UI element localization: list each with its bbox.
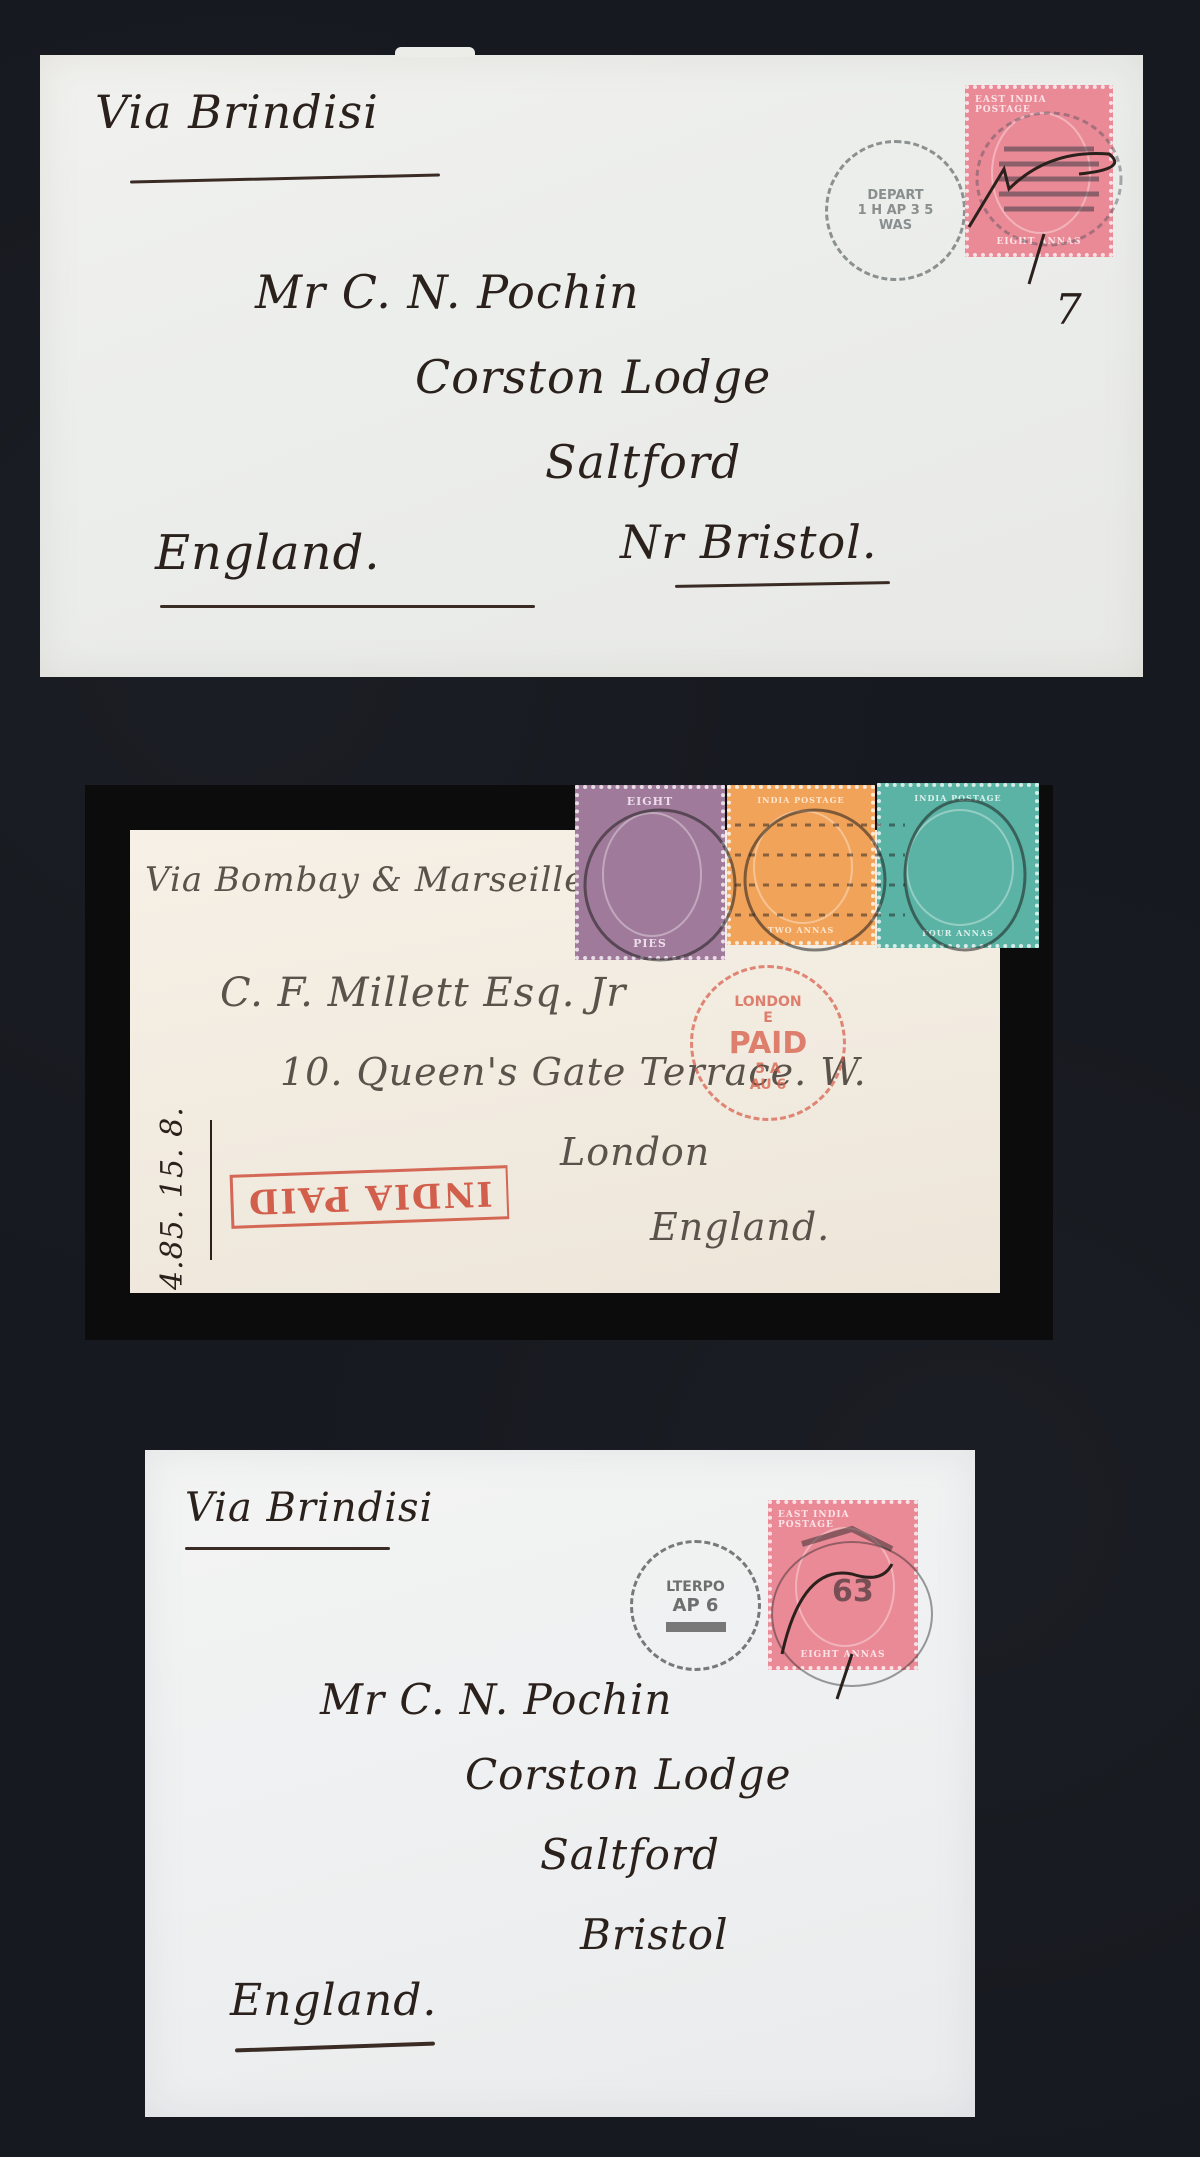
cover-3-address-line-2: Corston Lodge [465,1750,791,1799]
cover-1-address-line-4: Nr Bristol. [620,515,878,569]
cover-2-country: England. [650,1205,830,1249]
postmark-text-bottom: WAS [879,218,912,233]
country-underline [160,605,535,608]
cover-1-envelope: Via Brindisi Mr C. N. Pochin Corston Lod… [40,55,1143,677]
side-note-rule [210,1120,212,1260]
cover-1-manuscript-rate: 7 [1055,285,1083,334]
cover-2-addressee: C. F. Millett Esq. Jr [220,970,626,1016]
cover-2-side-note: 4.85. 15. 8. [155,1106,190,1290]
postmark-date: 1 H AP 3 5 [858,203,934,218]
postmark-text-top: DEPART [867,188,923,203]
india-paid-handstamp: INDIA PAID [229,1165,509,1229]
city-underline [675,581,890,588]
envelope-flap-tear [395,47,475,57]
cover-3-address-line-3: Saltford [540,1830,720,1879]
cover-1-route-note: Via Brindisi [95,85,379,139]
country-underline [235,2042,435,2053]
postmark-text-top: LTERPO [666,1579,725,1595]
postmark-date: AP 6 [673,1595,719,1616]
cover-1-address-line-2: Corston Lodge [415,350,771,404]
cover-3-route-note: Via Brindisi [185,1485,433,1531]
cover-3-addressee: Mr C. N. Pochin [320,1675,672,1724]
cover-1-addressee: Mr C. N. Pochin [255,265,640,319]
cover-1-address-line-3: Saltford [545,435,741,489]
cover-1-country: England. [155,525,381,581]
postmark-line-2: E [763,1010,773,1026]
duplex-cancellations [575,785,1045,985]
route-underline [185,1547,390,1550]
cover-2-route-note: Via Bombay & Marseilles [145,860,604,900]
cover-3-envelope: Via Brindisi Mr C. N. Pochin Corston Lod… [145,1450,975,2117]
cover-3-stamp: EAST INDIA POSTAGE EIGHT ANNAS 63 [768,1500,918,1670]
postmark-line-5: AU 6 [750,1077,786,1093]
cancel-and-manuscript-mark [949,99,1149,289]
cover-1-departure-postmark: DEPART 1 H AP 3 5 WAS [825,140,966,281]
route-underline [130,173,440,183]
postmark-line-4: 5 A [755,1061,780,1077]
postmark-bar [666,1622,726,1632]
cover-2-address-line-3: London [560,1130,710,1174]
cover-1-stamp: EAST INDIA POSTAGE EIGHT ANNAS [965,85,1113,257]
cancel-marks [742,1504,962,1704]
postmark-line-3: PAID [729,1026,808,1061]
cover-2-mourning-envelope: Via Bombay & Marseilles C. F. Millett Es… [85,785,1053,1340]
london-paid-postmark: LONDON E PAID 5 A AU 6 [690,965,846,1121]
cover-3-country: England. [230,1975,437,2026]
cover-3-address-line-4: Bristol [580,1910,729,1959]
postmark-line-1: LONDON [734,994,801,1010]
